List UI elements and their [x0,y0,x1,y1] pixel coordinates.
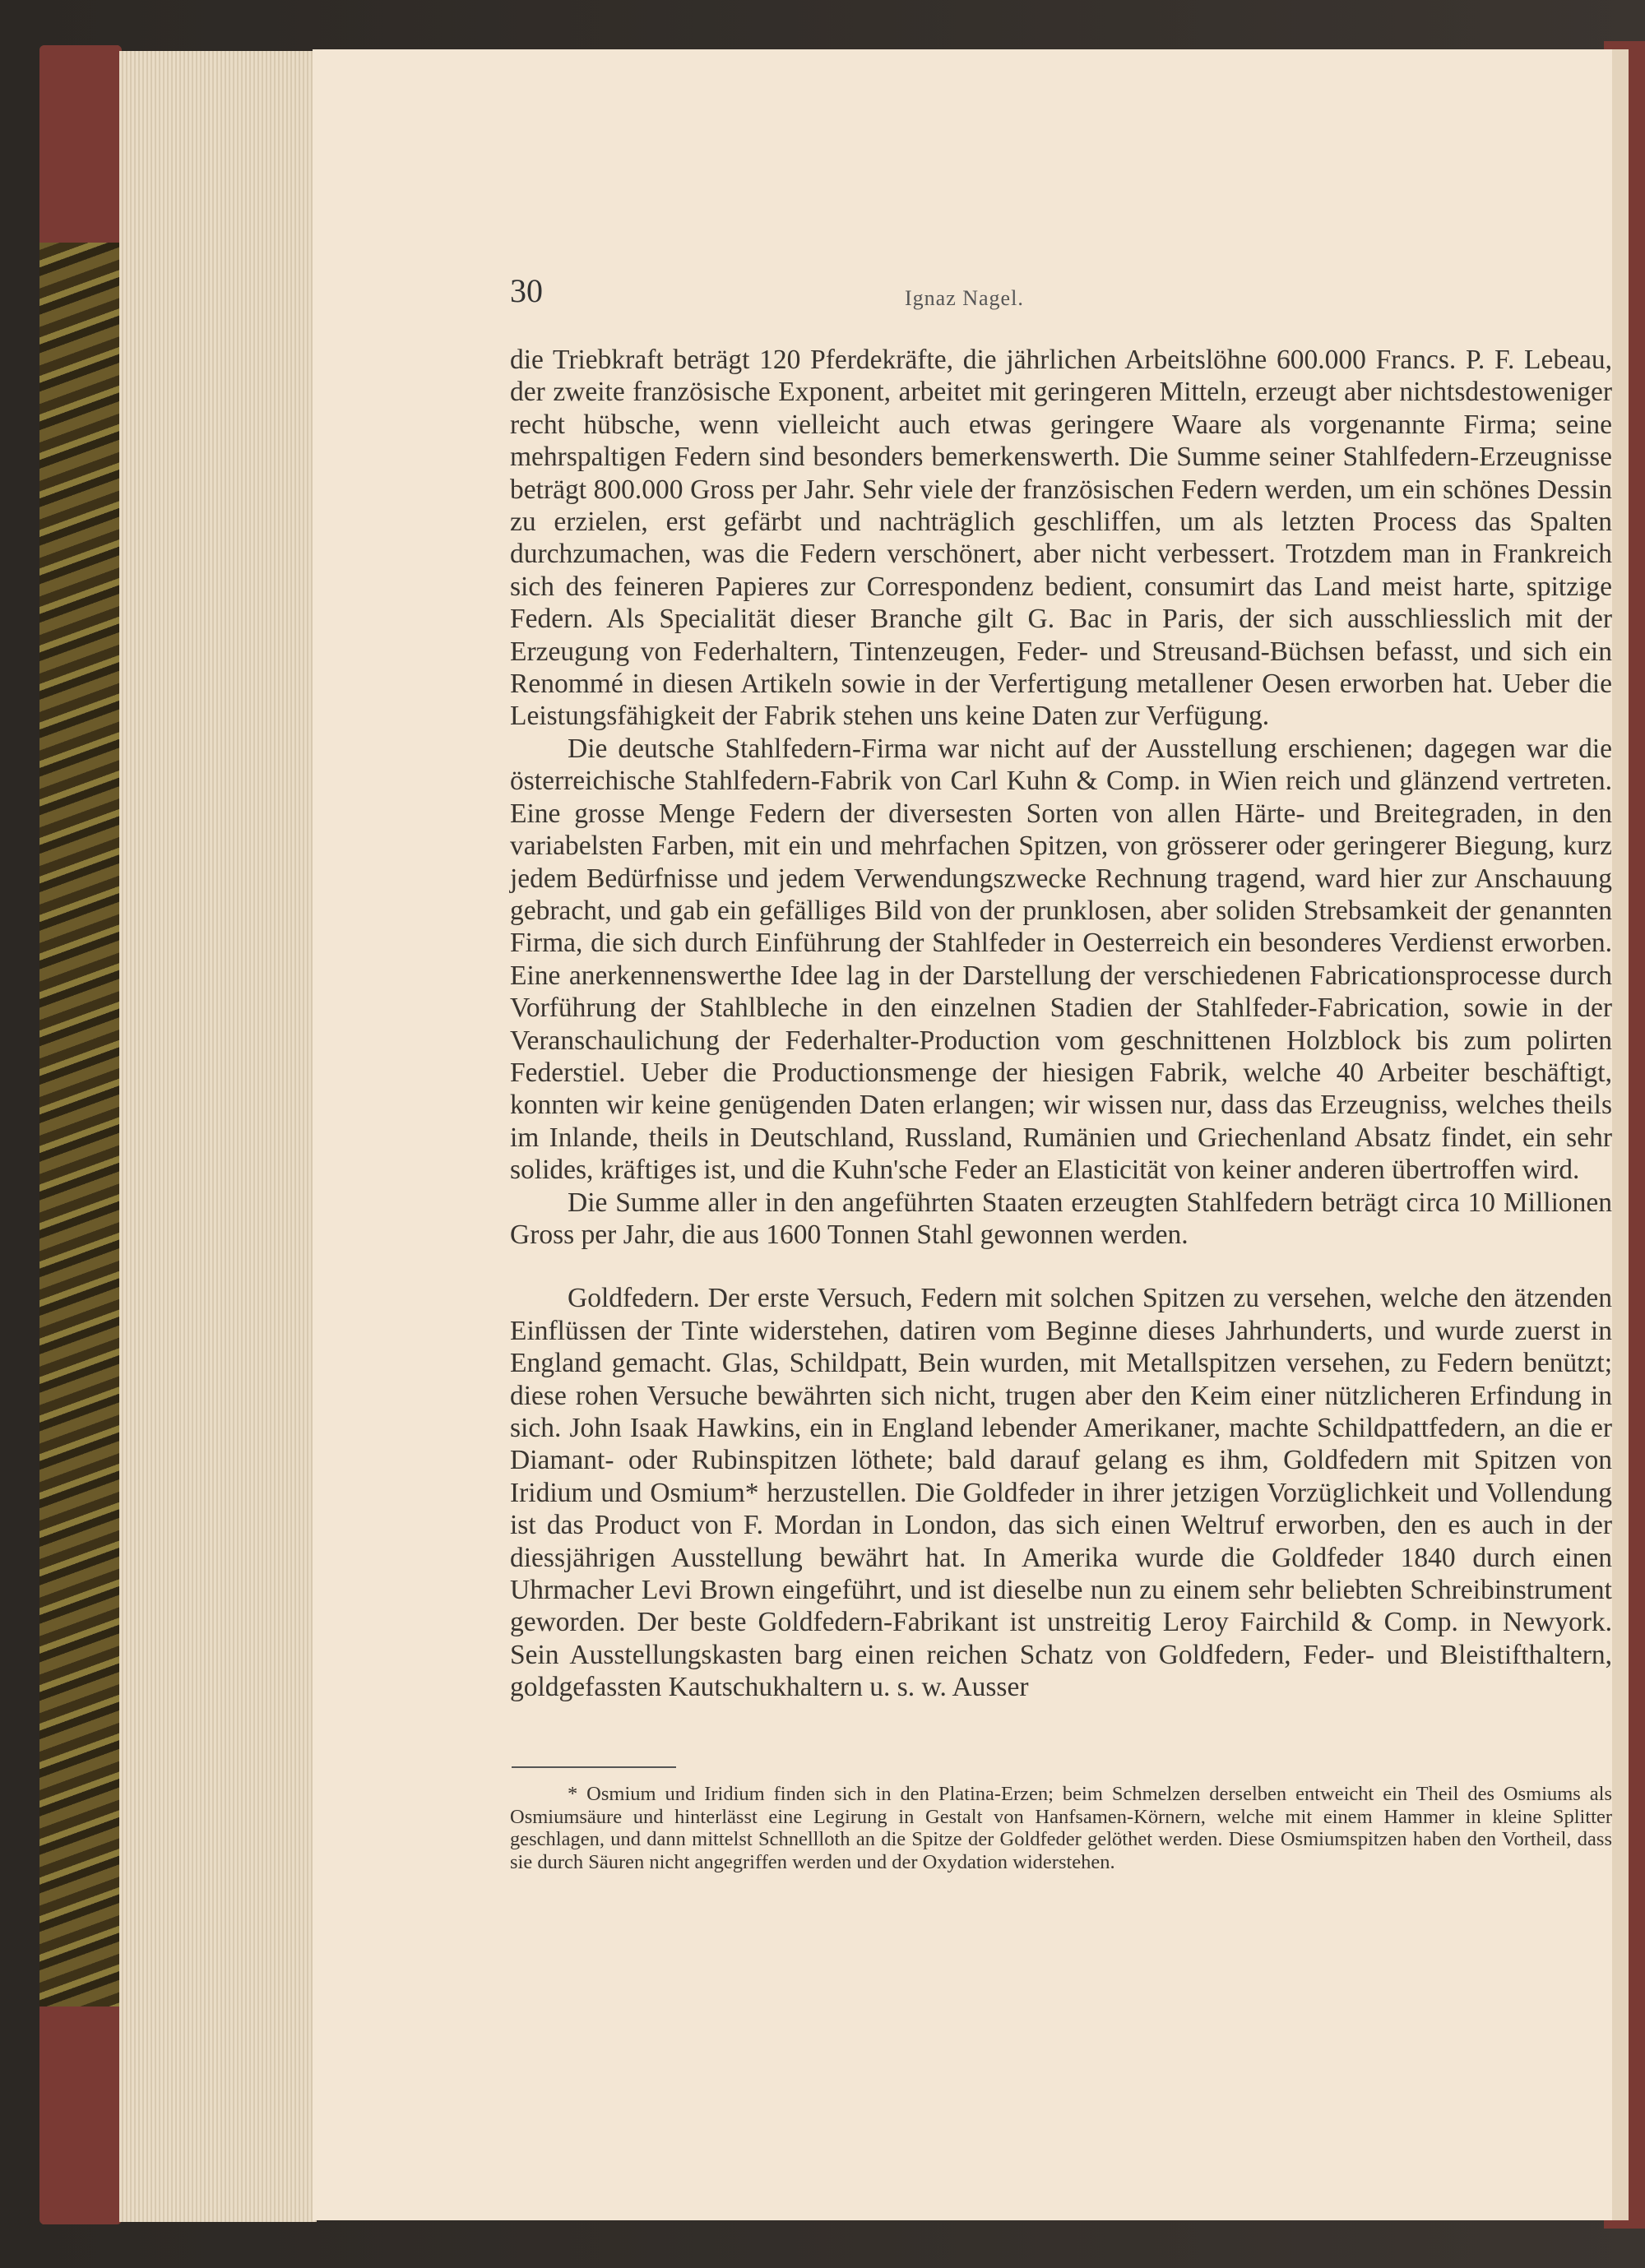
footnote-rule [512,1766,676,1768]
page-stack-edges [119,51,317,2222]
footnote-text: * Osmium und Iridium finden sich in den … [510,1783,1612,1873]
page-number: 30 [510,271,543,310]
book-cover-leather-top [39,45,122,243]
page-gutter [1612,49,1629,2220]
book-cover-leather-bottom [39,2006,122,2224]
paragraph: Die deutsche Stahlfedern-Firma war nicht… [510,733,1612,1187]
page-header: 30 Ignaz Nagel. [510,271,1612,321]
running-head: Ignaz Nagel. [905,286,1024,311]
paragraph: Die Summe aller in den angeführten Staat… [510,1187,1612,1252]
paragraph: die Triebkraft beträgt 120 Pferdekräfte,… [510,344,1612,733]
paragraph: Goldfedern. Der erste Versuch, Federn mi… [510,1282,1612,1703]
footnote: * Osmium und Iridium finden sich in den … [510,1783,1612,1873]
book-cover-marbled [39,45,122,2224]
body-text: die Triebkraft beträgt 120 Pferdekräfte,… [510,344,1612,1704]
